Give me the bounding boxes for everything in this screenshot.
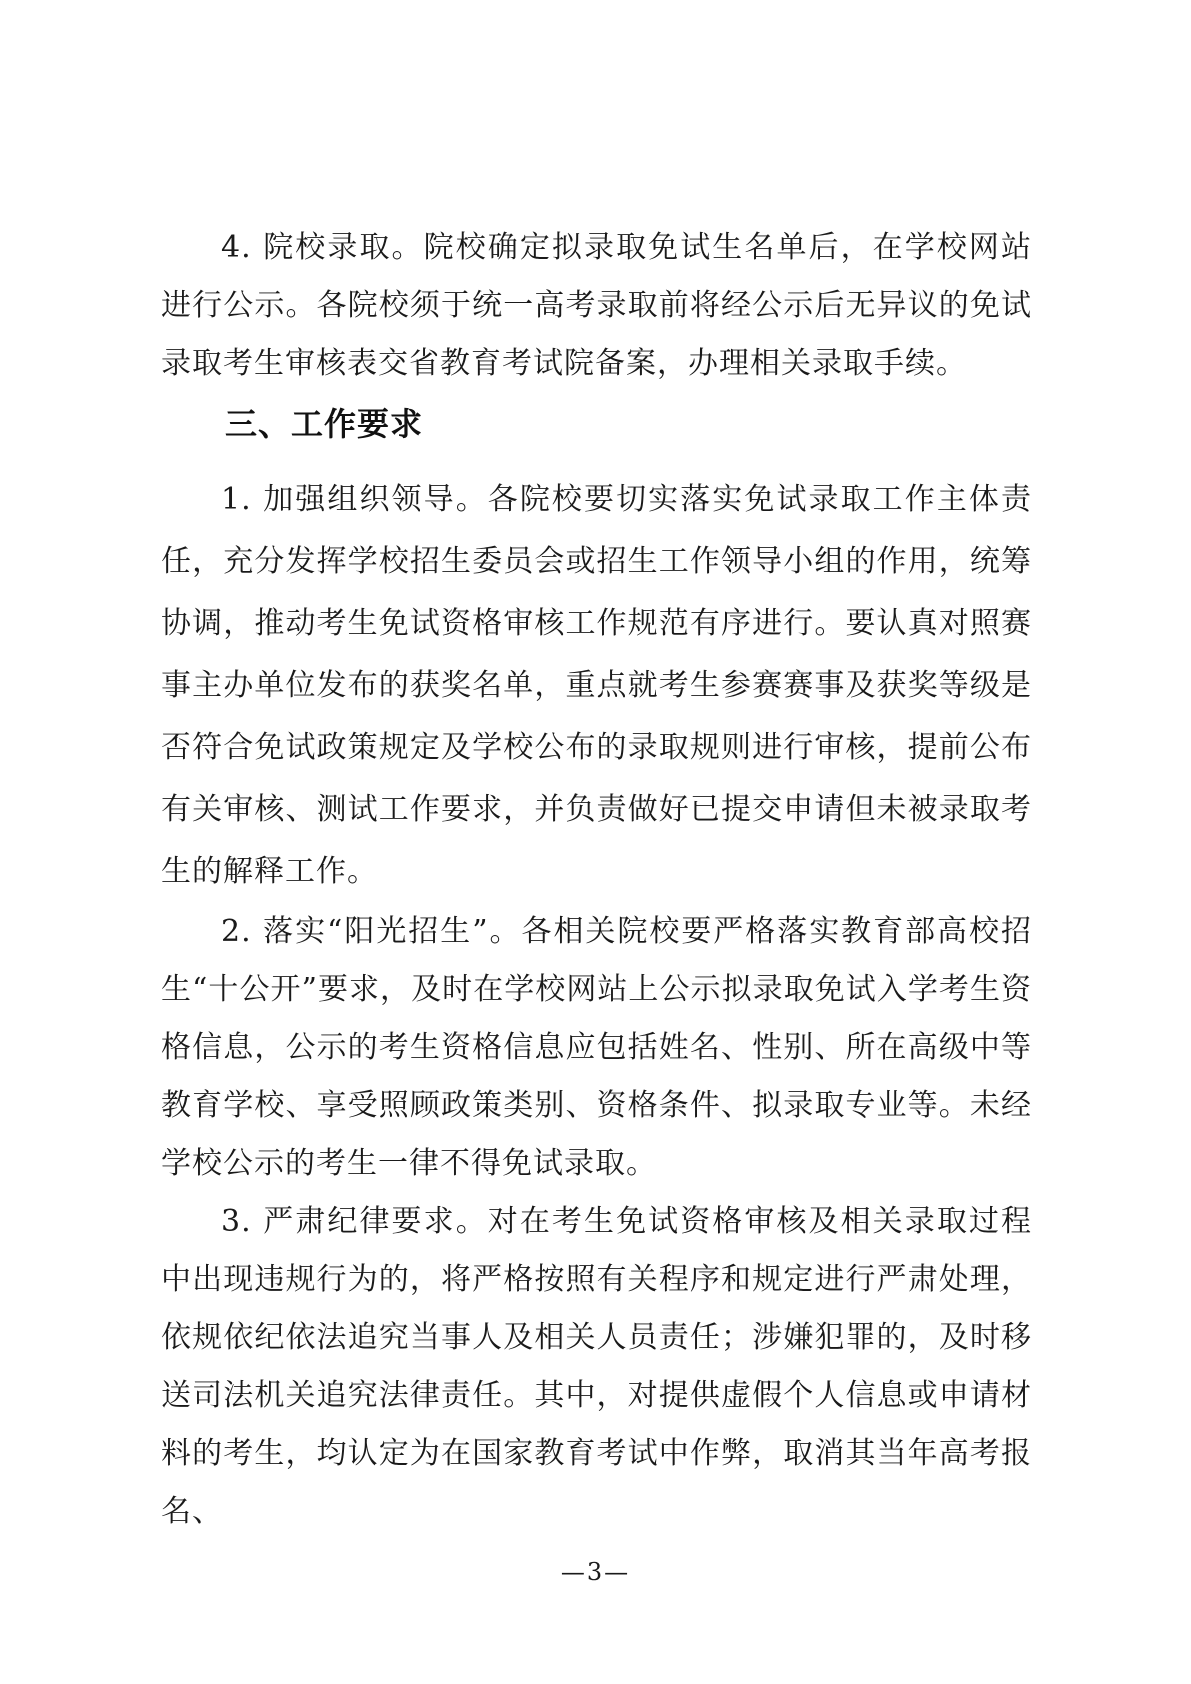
paragraph-requirement-3: 3. 严肃纪律要求。对在考生免试资格审核及相关录取过程中出现违规行为的，将严格按… bbox=[161, 1193, 1032, 1541]
paragraph-requirement-1: 1. 加强组织领导。各院校要切实落实免试录取工作主体责任，充分发挥学校招生委员会… bbox=[161, 469, 1032, 903]
document-body: 4. 院校录取。院校确定拟录取免试生名单后，在学校网站进行公示。各院校须于统一高… bbox=[161, 219, 1032, 1541]
paragraph-requirement-2: 2. 落实“阳光招生”。各相关院校要严格落实教育部高校招生“十公开”要求，及时在… bbox=[161, 903, 1032, 1193]
page-number: —3— bbox=[0, 1558, 1191, 1586]
document-page: 4. 院校录取。院校确定拟录取免试生名单后，在学校网站进行公示。各院校须于统一高… bbox=[0, 0, 1191, 1684]
paragraph-admission-item4: 4. 院校录取。院校确定拟录取免试生名单后，在学校网站进行公示。各院校须于统一高… bbox=[161, 219, 1032, 393]
section-heading-work-requirements: 三、工作要求 bbox=[161, 395, 1032, 453]
